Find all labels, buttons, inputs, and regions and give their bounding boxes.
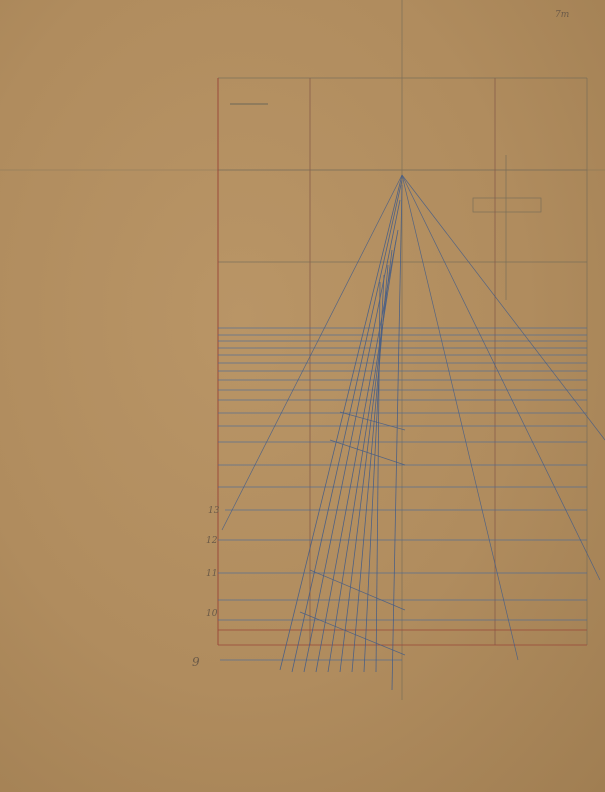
corner-mark: 7m	[555, 10, 569, 20]
drawing-sheet: 13 12 11 10 9 7m	[0, 0, 605, 792]
row-label: 9	[192, 655, 200, 669]
row-label: 10	[206, 609, 217, 619]
perspective-drawing	[0, 0, 605, 792]
row-label: 12	[206, 536, 217, 546]
row-label: 13	[208, 506, 219, 516]
row-label: 11	[206, 569, 217, 579]
